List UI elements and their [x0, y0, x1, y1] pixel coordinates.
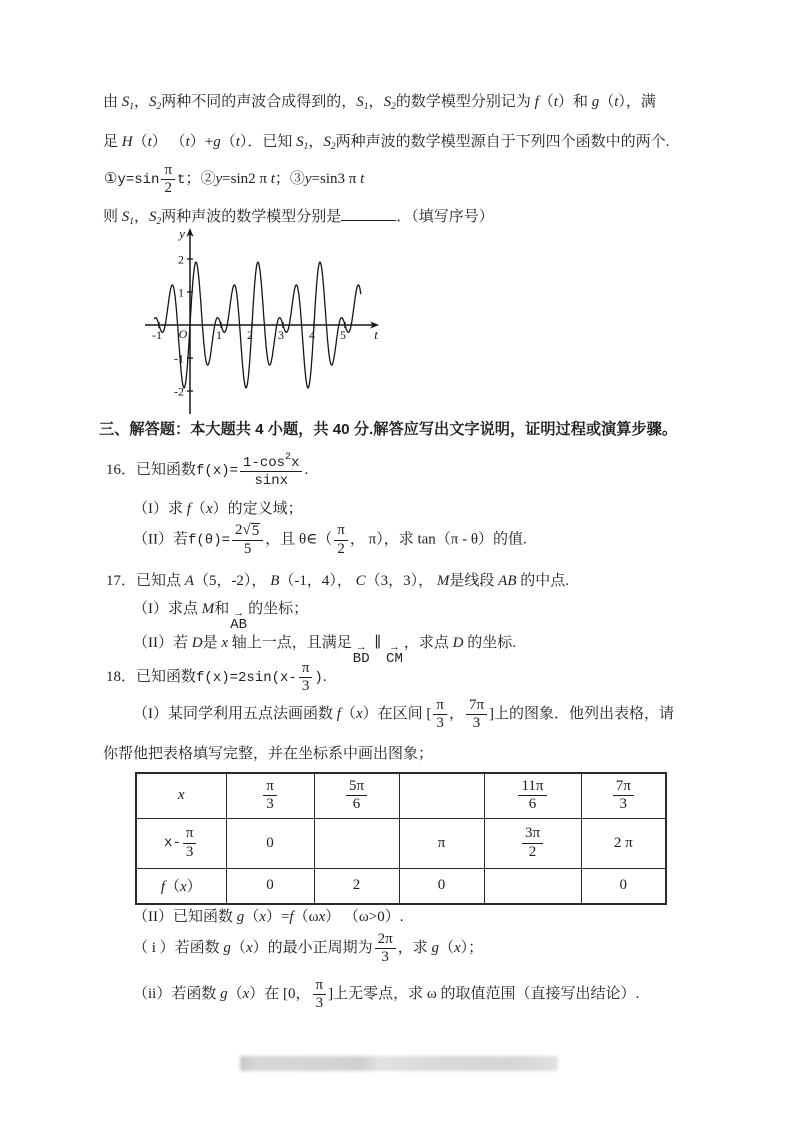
table-cell — [314, 818, 399, 868]
axis-label: 1 — [178, 286, 184, 300]
table-cell: 7π3 — [581, 773, 666, 818]
table-cell: 3π2 — [484, 818, 581, 868]
axis-label: y — [177, 226, 185, 241]
axis-label: -2 — [174, 385, 184, 399]
axis-label: 5 — [340, 328, 346, 342]
table-row: f（x）0200 — [136, 868, 666, 904]
axis-label: 3 — [278, 328, 284, 342]
table-cell: 0 — [226, 868, 314, 904]
axis-label: 1 — [216, 328, 222, 342]
table-cell: x — [136, 773, 226, 818]
q17-part1: （I）求点 M和→AB的坐标； — [133, 599, 308, 632]
table-cell: 5π6 — [314, 773, 399, 818]
axis-label: 2 — [178, 253, 184, 267]
table-cell: 0 — [581, 868, 666, 904]
q18-part2: （II）已知函数 g（x）=f（ωx） （ω>0）. — [133, 907, 403, 927]
q18-part1-line2: 你帮他把表格填写完整，并在坐标系中画出图象； — [103, 744, 433, 764]
soundwave-text-line-2: 足 H（t） （t）+g（t）．已知 S1，S2两种声波的数学模型源自于下列四个… — [103, 132, 669, 154]
soundwave-text-line-1: 由 S1，S2两种不同的声波合成得到的，S1，S2的数学模型分别记为 f（t）和… — [103, 92, 656, 114]
table-row: x-π30π3π22 π — [136, 818, 666, 868]
axis-label: t — [374, 327, 378, 342]
q16-head: 16．已知函数f(x)=1-cos2xsinx. — [106, 452, 308, 490]
table-cell — [399, 773, 484, 818]
five-point-table: xπ35π611π67π3x-π30π3π22 πf（x）0200 — [135, 772, 667, 905]
q18-part1-line1: （I）某同学利用五点法画函数 f（x）在区间 [π3，7π3]上的图象．他列出表… — [133, 697, 674, 733]
q16-part1: （I）求 f（x）的定义域； — [133, 499, 303, 519]
table-cell: π3 — [226, 773, 314, 818]
q17-head: 17．已知点 A（5，-2）， B（-1，4）， C（3，3）， M是线段 AB… — [106, 571, 569, 591]
watermark-bar — [240, 1056, 558, 1071]
sound-wave-figure: 21-1-2-112345Oyt — [140, 226, 386, 418]
table-cell: π — [399, 818, 484, 868]
soundwave-options-line: ①y=sinπ2t；②y=sin2 π t；③y=sin3 π t — [104, 162, 364, 198]
q18-part2-i: （ i ）若函数 g（x）的最小正周期为2π3，求 g（x）； — [133, 931, 483, 967]
table-cell: 2 — [314, 868, 399, 904]
table-row: xπ35π611π67π3 — [136, 773, 666, 818]
axis-label: -1 — [174, 352, 184, 366]
table-cell: 11π6 — [484, 773, 581, 818]
q18-part2-ii: （ii）若函数 g（x）在 [0，π3]上无零点，求 ω 的取值范围（直接写出结… — [133, 977, 639, 1013]
section-heading: 三、解答题：本大题共 4 小题，共 40 分.解答应写出文字说明，证明过程或演算… — [99, 420, 677, 441]
table-cell — [484, 868, 581, 904]
axis-label: O — [179, 327, 188, 341]
table-cell: f（x） — [136, 868, 226, 904]
table-cell: 0 — [226, 818, 314, 868]
table-cell: 0 — [399, 868, 484, 904]
table-cell: 2 π — [581, 818, 666, 868]
table-cell: x-π3 — [136, 818, 226, 868]
exam-page: 由 S1，S2两种不同的声波合成得到的，S1，S2的数学模型分别记为 f（t）和… — [0, 0, 793, 1122]
q18-head: 18．已知函数f(x)=2sin(x-π3). — [106, 660, 327, 696]
q16-part2: （II）若f(θ)=2√55，且 θ∈（π2， π），求 tan（π - θ）的… — [133, 522, 527, 558]
